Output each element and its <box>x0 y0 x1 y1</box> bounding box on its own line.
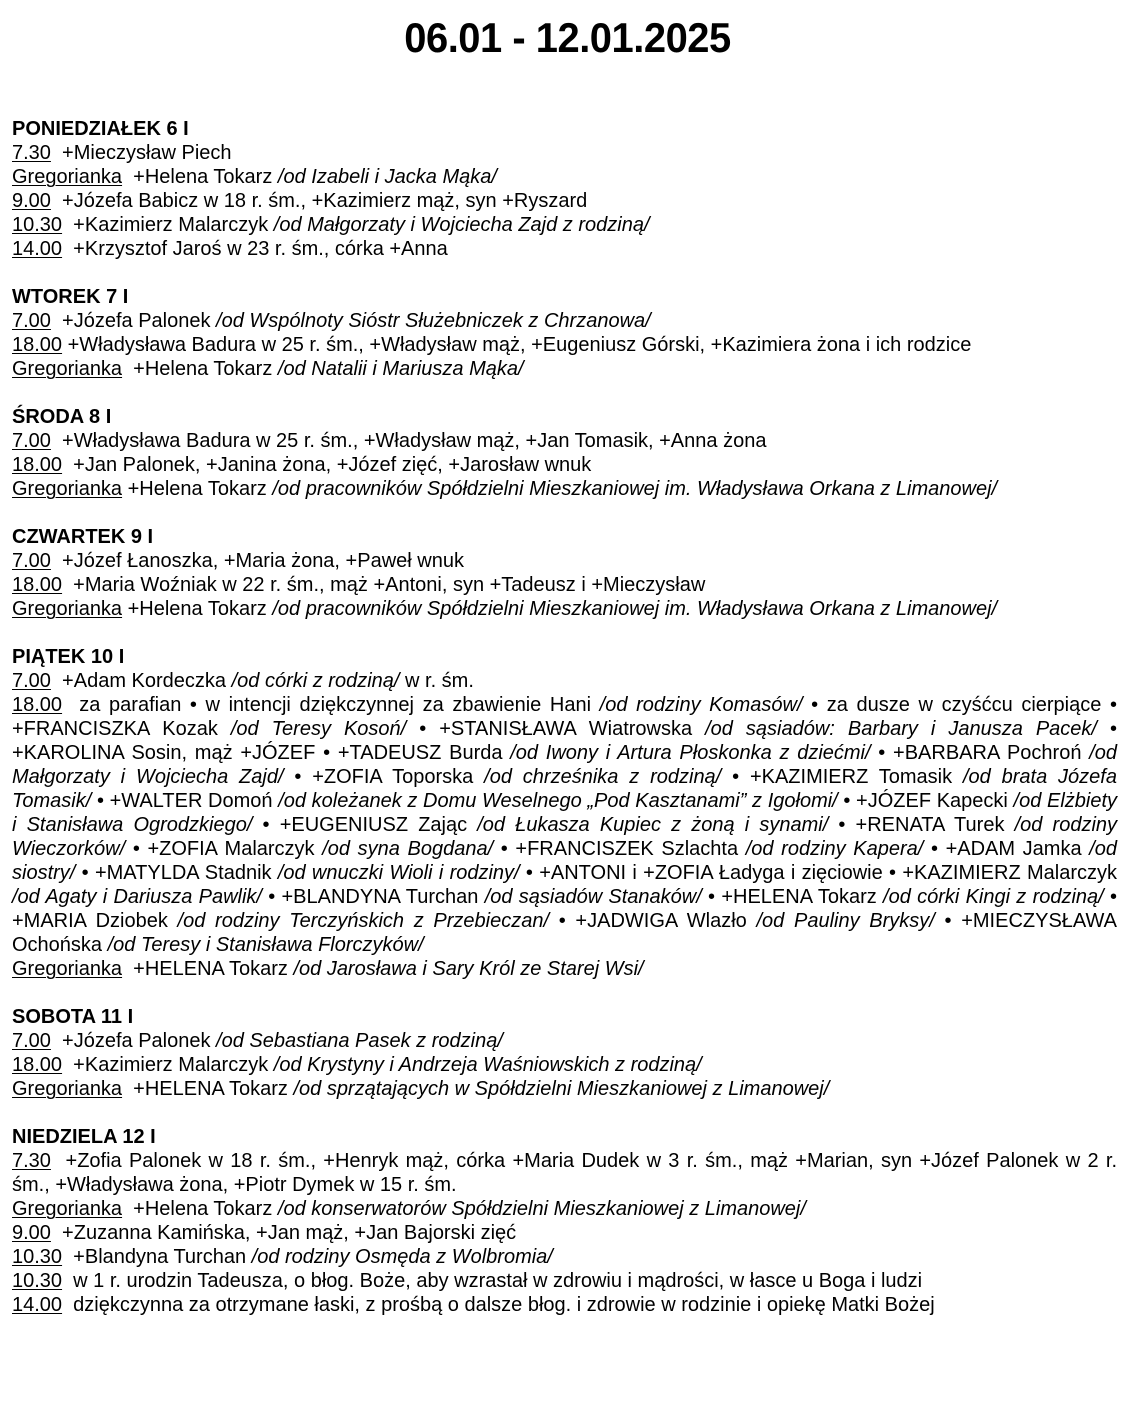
mass-time: 10.30 <box>12 1246 62 1268</box>
day-section: PIĄTEK 10 I7.00 +Adam Kordeczka /od córk… <box>12 645 1117 981</box>
intention-donor-note: /od syna Bogdana/ <box>322 838 493 860</box>
intention-text: +Mieczysław Piech <box>51 142 232 164</box>
intention-text: +HELENA Tokarz <box>122 958 293 980</box>
mass-intention-entry: 18.00 +Maria Woźniak w 22 r. śm., mąż +A… <box>12 573 1117 597</box>
mass-intention-entry: 14.00 dziękczynna za otrzymane łaski, z … <box>12 1293 1117 1317</box>
intention-donor-note: /od sąsiadów Stanaków/ <box>485 886 702 908</box>
mass-intention-entry: 18.00 za parafian • w intencji dziękczyn… <box>12 693 1117 957</box>
mass-time: 18.00 <box>12 694 62 716</box>
intention-text: +Helena Tokarz <box>122 598 272 620</box>
mass-intention-entry: 7.00 +Józef Łanoszka, +Maria żona, +Pawe… <box>12 549 1117 573</box>
mass-intention-entry: 7.00 +Józefa Palonek /od Sebastiana Pase… <box>12 1029 1117 1053</box>
intention-donor-note: /od Izabeli i Jacka Mąka/ <box>278 166 497 188</box>
intention-donor-note: /od Łukasza Kupiec z żoną i synami/ <box>477 814 828 836</box>
mass-intention-entry: 14.00 +Krzysztof Jaroś w 23 r. śm., córk… <box>12 237 1117 261</box>
intention-donor-note: /od Małgorzaty i Wojciecha Zajd z rodzin… <box>274 214 650 236</box>
mass-time: 7.30 <box>12 1150 51 1172</box>
mass-time: 18.00 <box>12 454 62 476</box>
intention-text: +Zuzanna Kamińska, +Jan mąż, +Jan Bajors… <box>51 1222 516 1244</box>
day-section: CZWARTEK 9 I7.00 +Józef Łanoszka, +Maria… <box>12 525 1117 621</box>
intention-text: +Kazimierz Malarczyk <box>62 1054 274 1076</box>
intention-donor-note: /od koleżanek z Domu Weselnego „Pod Kasz… <box>278 790 838 812</box>
gregorian-mass-label: Gregorianka <box>12 598 122 620</box>
gregorian-mass-label: Gregorianka <box>12 358 122 380</box>
intention-donor-note: /od Agaty i Dariusza Pawlik/ <box>12 886 262 908</box>
intention-text: • +HELENA Tokarz <box>702 886 883 908</box>
intention-text: za parafian • w intencji dziękczynnej za… <box>62 694 600 716</box>
mass-time: 14.00 <box>12 238 62 260</box>
mass-time: 7.00 <box>12 310 51 332</box>
day-section: SOBOTA 11 I7.00 +Józefa Palonek /od Seba… <box>12 1005 1117 1101</box>
gregorian-mass-label: Gregorianka <box>12 166 122 188</box>
mass-time: 7.30 <box>12 142 51 164</box>
intention-donor-note: /od Sebastiana Pasek z rodziną/ <box>216 1030 503 1052</box>
day-section: PONIEDZIAŁEK 6 I7.30 +Mieczysław PiechGr… <box>12 117 1117 261</box>
mass-intentions-page: 06.01 - 12.01.2025 PONIEDZIAŁEK 6 I7.30 … <box>0 0 1135 1408</box>
mass-intention-entry: Gregorianka +HELENA Tokarz /od Jarosława… <box>12 957 1117 981</box>
day-section: ŚRODA 8 I7.00 +Władysława Badura w 25 r.… <box>12 405 1117 501</box>
intention-text: +Helena Tokarz <box>122 478 272 500</box>
intention-donor-note: /od Jarosława i Sary Król ze Starej Wsi/ <box>293 958 643 980</box>
day-heading: CZWARTEK 9 I <box>12 525 1117 549</box>
mass-intention-entry: 9.00 +Zuzanna Kamińska, +Jan mąż, +Jan B… <box>12 1221 1117 1245</box>
intention-donor-note: /od pracowników Spółdzielni Mieszkaniowe… <box>272 598 997 620</box>
intention-donor-note: /od Iwony i Artura Płoskonka z dziećmi/ <box>510 742 870 764</box>
intention-donor-note: /od córki z rodziną/ <box>232 670 400 692</box>
intention-text: +Maria Woźniak w 22 r. śm., mąż +Antoni,… <box>62 574 705 596</box>
mass-time: 18.00 <box>12 1054 62 1076</box>
intention-text: • +ADAM Jamka <box>923 838 1089 860</box>
mass-time: 9.00 <box>12 1222 51 1244</box>
mass-time: 14.00 <box>12 1294 62 1316</box>
intention-donor-note: /od rodziny Osmęda z Wolbromia/ <box>252 1246 553 1268</box>
intention-text: +Józefa Palonek <box>51 310 216 332</box>
intention-text: • +JÓZEF Kapecki <box>838 790 1014 812</box>
day-heading: ŚRODA 8 I <box>12 405 1117 429</box>
intention-text: +Józefa Babicz w 18 r. śm., +Kazimierz m… <box>51 190 587 212</box>
mass-time: 7.00 <box>12 1030 51 1052</box>
intention-donor-note: /od konserwatorów Spółdzielni Mieszkanio… <box>278 1198 806 1220</box>
intention-text: • +ZOFIA Malarczyk <box>125 838 322 860</box>
mass-intention-entry: 10.30 +Kazimierz Malarczyk /od Małgorzat… <box>12 213 1117 237</box>
mass-time: 7.00 <box>12 550 51 572</box>
day-heading: WTOREK 7 I <box>12 285 1117 309</box>
intention-text: • +JADWIGA Wlazło <box>549 910 756 932</box>
mass-intention-entry: 7.00 +Władysława Badura w 25 r. śm., +Wł… <box>12 429 1117 453</box>
mass-time: 18.00 <box>12 574 62 596</box>
intention-text: +Józef Łanoszka, +Maria żona, +Paweł wnu… <box>51 550 464 572</box>
intention-text: +Helena Tokarz <box>122 166 278 188</box>
intention-text: +Józefa Palonek <box>51 1030 216 1052</box>
intention-donor-note: /od sąsiadów: Barbary i Janusza Pacek/ <box>705 718 1097 740</box>
intention-text: +Władysława Badura w 25 r. śm., +Władysł… <box>62 334 971 356</box>
intention-donor-note: /od Wspólnoty Sióstr Służebniczek z Chrz… <box>216 310 651 332</box>
intention-donor-note: /od rodziny Komasów/ <box>600 694 803 716</box>
gregorian-mass-label: Gregorianka <box>12 478 122 500</box>
intention-text: +Zofia Palonek w 18 r. śm., +Henryk mąż,… <box>12 1150 1123 1196</box>
intention-text: +Blandyna Turchan <box>62 1246 252 1268</box>
mass-intention-entry: Gregorianka +Helena Tokarz /od pracownik… <box>12 477 1117 501</box>
mass-intention-entry: Gregorianka +HELENA Tokarz /od sprzątają… <box>12 1077 1117 1101</box>
intention-donor-note: /od Natalii i Mariusza Mąka/ <box>278 358 524 380</box>
intention-text: dziękczynna za otrzymane łaski, z prośbą… <box>62 1294 935 1316</box>
day-heading: PIĄTEK 10 I <box>12 645 1117 669</box>
mass-intention-entry: 10.30 w 1 r. urodzin Tadeusza, o błog. B… <box>12 1269 1117 1293</box>
intention-text: +HELENA Tokarz <box>122 1078 293 1100</box>
day-heading: PONIEDZIAŁEK 6 I <box>12 117 1117 141</box>
gregorian-mass-label: Gregorianka <box>12 1198 122 1220</box>
intention-donor-note: /od Pauliny Bryksy/ <box>757 910 935 932</box>
intention-text: • +MATYLDA Stadnik <box>75 862 277 884</box>
gregorian-mass-label: Gregorianka <box>12 1078 122 1100</box>
mass-time: 10.30 <box>12 1270 62 1292</box>
mass-intention-entry: 18.00 +Władysława Badura w 25 r. śm., +W… <box>12 333 1117 357</box>
intention-text: +Helena Tokarz <box>122 1198 278 1220</box>
intention-donor-note: /od Teresy Kosoń/ <box>231 718 406 740</box>
intention-text: • +EUGENIUSZ Zając <box>252 814 477 836</box>
intention-text: • +BLANDYNA Turchan <box>262 886 485 908</box>
intention-text: • +ZOFIA Toporska <box>284 766 485 788</box>
intention-text: • +ANTONI i +ZOFIA Ładyga i zięciowie • … <box>520 862 1123 884</box>
schedule-content: PONIEDZIAŁEK 6 I7.30 +Mieczysław PiechGr… <box>12 117 1117 1341</box>
mass-time: 10.30 <box>12 214 62 236</box>
day-heading: SOBOTA 11 I <box>12 1005 1117 1029</box>
mass-intention-entry: 7.00 +Józefa Palonek /od Wspólnoty Sióst… <box>12 309 1117 333</box>
intention-text: • +KAZIMIERZ Tomasik <box>721 766 963 788</box>
mass-intention-entry: 18.00 +Kazimierz Malarczyk /od Krystyny … <box>12 1053 1117 1077</box>
intention-donor-note: /od rodziny Kapera/ <box>746 838 924 860</box>
mass-intention-entry: Gregorianka +Helena Tokarz /od Izabeli i… <box>12 165 1117 189</box>
intention-donor-note: /od rodziny Terczyńskich z Przebieczan/ <box>178 910 550 932</box>
page-title: 06.01 - 12.01.2025 <box>28 12 1106 64</box>
intention-donor-note: /od chrześnika z rodziną/ <box>484 766 721 788</box>
mass-intention-entry: Gregorianka +Helena Tokarz /od konserwat… <box>12 1197 1117 1221</box>
intention-donor-note: /od Teresy i Stanisława Florczyków/ <box>108 934 424 956</box>
intention-text: • +BARBARA Pochroń <box>871 742 1090 764</box>
intention-donor-note: /od sprzątających w Spółdzielni Mieszkan… <box>293 1078 829 1100</box>
mass-intention-entry: Gregorianka +Helena Tokarz /od Natalii i… <box>12 357 1117 381</box>
intention-text: +Adam Kordeczka <box>51 670 232 692</box>
intention-text: +Jan Palonek, +Janina żona, +Józef zięć,… <box>62 454 591 476</box>
mass-intention-entry: 18.00 +Jan Palonek, +Janina żona, +Józef… <box>12 453 1117 477</box>
mass-intention-entry: 9.00 +Józefa Babicz w 18 r. śm., +Kazimi… <box>12 189 1117 213</box>
intention-text: w 1 r. urodzin Tadeusza, o błog. Boże, a… <box>62 1270 922 1292</box>
mass-intention-entry: 7.00 +Adam Kordeczka /od córki z rodziną… <box>12 669 1117 693</box>
intention-text: +Kazimierz Malarczyk <box>62 214 274 236</box>
intention-text: • +RENATA Turek <box>828 814 1014 836</box>
mass-time: 7.00 <box>12 670 51 692</box>
mass-intention-entry: Gregorianka +Helena Tokarz /od pracownik… <box>12 597 1117 621</box>
day-heading: NIEDZIELA 12 I <box>12 1125 1117 1149</box>
intention-text: +Krzysztof Jaroś w 23 r. śm., córka +Ann… <box>62 238 448 260</box>
mass-intention-entry: 10.30 +Blandyna Turchan /od rodziny Osmę… <box>12 1245 1117 1269</box>
mass-time: 7.00 <box>12 430 51 452</box>
intention-donor-note: /od wnuczki Wioli i rodziny/ <box>278 862 520 884</box>
day-section: WTOREK 7 I7.00 +Józefa Palonek /od Wspól… <box>12 285 1117 381</box>
intention-text: +Helena Tokarz <box>122 358 278 380</box>
mass-time: 18.00 <box>12 334 62 356</box>
intention-text: • +WALTER Domoń <box>91 790 278 812</box>
gregorian-mass-label: Gregorianka <box>12 958 122 980</box>
mass-intention-entry: 7.30 +Mieczysław Piech <box>12 141 1117 165</box>
mass-time: 9.00 <box>12 190 51 212</box>
intention-text: w r. śm. <box>399 670 473 692</box>
intention-donor-note: /od córki Kingi z rodziną/ <box>883 886 1104 908</box>
mass-intention-entry: 7.30 +Zofia Palonek w 18 r. śm., +Henryk… <box>12 1149 1117 1197</box>
day-section: NIEDZIELA 12 I7.30 +Zofia Palonek w 18 r… <box>12 1125 1117 1317</box>
intention-donor-note: /od Krystyny i Andrzeja Waśniowskich z r… <box>274 1054 702 1076</box>
intention-donor-note: /od pracowników Spółdzielni Mieszkaniowe… <box>272 478 997 500</box>
intention-text: • +FRANCISZEK Szlachta <box>493 838 746 860</box>
intention-text: • +STANISŁAWA Wiatrowska <box>406 718 705 740</box>
intention-text: +Władysława Badura w 25 r. śm., +Władysł… <box>51 430 767 452</box>
